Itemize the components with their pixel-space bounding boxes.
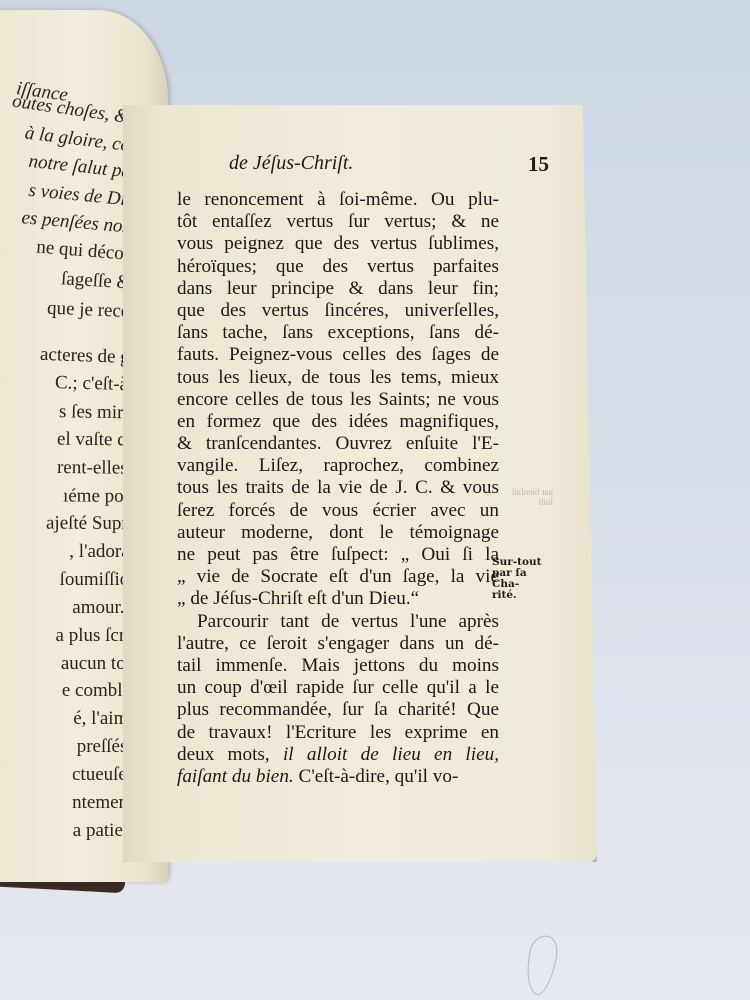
page-number: 15 bbox=[528, 152, 549, 177]
running-head-title: de Jéſus-Chriſt. bbox=[229, 152, 353, 175]
marginal-note-line: par ſa Cha- bbox=[492, 568, 552, 590]
text-line: tail immenſe. Mais jettons du moins bbox=[177, 655, 499, 677]
text-line: de travaux! l'Ecriture les exprime en bbox=[177, 722, 499, 744]
text-line: vous peignez que des vertus ſublimes, bbox=[177, 233, 499, 255]
text-line: auteur moderne, dont le témoignage bbox=[177, 522, 499, 544]
text-line: „ vie de Socrate eſt d'un ſage, la vie bbox=[177, 566, 499, 588]
text-line: en formez que des idées magnifiques, bbox=[177, 411, 499, 433]
text-line: le renoncement à ſoi-même. Ou plu- bbox=[177, 189, 499, 211]
italic-quote: il alloit de lieu en lieu, bbox=[283, 744, 499, 765]
text-line: ſans tache, ſans exceptions, ſans dé- bbox=[177, 322, 499, 344]
text-line: fauts. Peignez-vous celles des ſages de bbox=[177, 344, 499, 366]
book-photo: iſſance outes choſes, & quià la gloire, … bbox=[0, 0, 750, 1000]
text-line: „ de Jéſus-Chriſt eſt d'un Dieu.“ bbox=[177, 588, 499, 610]
text-line: deux mots, il alloit de lieu en lieu, bbox=[177, 744, 499, 766]
text-line: tous les lieux, de tous les tems, mieux bbox=[177, 367, 499, 389]
italic-quote: faiſant du bien. bbox=[177, 766, 294, 787]
text-line: encore celles de tous les Saints; ne vou… bbox=[177, 389, 499, 411]
text-line: un coup d'œil rapide ſur celle qu'il a l… bbox=[177, 677, 499, 699]
text-line: vangile. Liſez, raprochez, combinez bbox=[177, 455, 499, 477]
text-line: que des vertus ſincéres, univerſelles, bbox=[177, 300, 499, 322]
text-line: Parcourir tant de vertus l'une après bbox=[177, 611, 499, 633]
text-line: & tranſcendantes. Ouvrez enſuite l'E- bbox=[177, 433, 499, 455]
text-line: faiſant du bien. C'eſt-à-dire, qu'il vo- bbox=[177, 766, 499, 788]
text-line: ſerez forcés de vous écrier avec un bbox=[177, 500, 499, 522]
show-through-text: par bienfaiſſoiſi bbox=[493, 487, 553, 507]
text-line: plus recommandée, ſur ſa charité! Que bbox=[177, 699, 499, 721]
body-text: le renoncement à ſoi-même. Ou plu-tôt en… bbox=[177, 189, 499, 788]
text-line: l'autre, ce ſeroit s'engager dans un dé- bbox=[177, 633, 499, 655]
text-line: tous les traits de la vie de J. C. & vou… bbox=[177, 477, 499, 499]
text-line: héroïques; que des vertus parfaites bbox=[177, 256, 499, 278]
right-page: de Jéſus-Chriſt. 15 le renoncement à ſoi… bbox=[123, 105, 597, 862]
text-line: ne peut pas être ſuſpect: „ Oui ſi la bbox=[177, 544, 499, 566]
surface-stain bbox=[521, 933, 561, 998]
text-line: dans leur principe & dans leur fin; bbox=[177, 278, 499, 300]
text-line: tôt entaſſez vertus ſur vertus; & ne bbox=[177, 211, 499, 233]
marginal-note-line: rité. bbox=[492, 590, 552, 601]
marginal-note: Sur-toutpar ſa Cha-rité. bbox=[492, 557, 552, 601]
